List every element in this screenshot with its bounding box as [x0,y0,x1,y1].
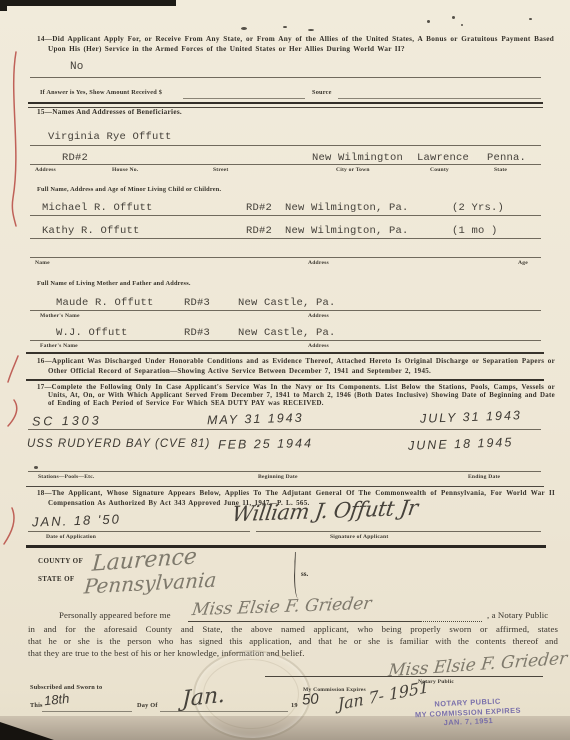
ink-speck [427,20,430,23]
mother-rd: RD#3 [184,297,210,309]
question-15-heading: 15—Names And Addresses of Beneficiaries. [37,108,182,116]
beneficiary-state: Penna. [487,152,526,164]
father-line [30,340,541,341]
day-of-label: Day Of [137,702,158,709]
answer-no: No [70,61,84,73]
children-heading: Full Name, Address and Age of Minor Livi… [37,186,221,193]
applicant-signature: William J. Offutt Jr [230,496,419,527]
child-line [30,238,541,239]
children-label-line [30,257,541,258]
day-handwritten: 18th [43,691,70,709]
amount-line [183,98,305,99]
mother-name-label: Mother's Name [40,313,80,319]
year-prefix: 19 [291,702,298,709]
notary-name-line [188,621,420,622]
mother-address: New Castle, Pa. [238,297,336,309]
scan-edge-top [0,0,176,6]
application-date: JAN. 18 '50 [32,511,121,529]
ink-speck [461,24,463,26]
service-label-line [28,471,541,472]
service-begin-date: FEB 25 1944 [218,436,313,452]
child-name: Michael R. Offutt [42,202,153,214]
beginning-date-label: Beginning Date [258,474,298,480]
father-rd: RD#3 [184,327,210,339]
house-no-label: House No. [112,167,138,173]
a-notary-public-text: , a Notary Public [487,610,548,620]
service-line [28,429,541,430]
month-line [160,711,288,712]
ink-speck [308,29,314,31]
service-end-date: JULY 31 1943 [420,408,522,426]
street-label: Street [213,167,228,173]
ink-speck [452,16,455,19]
section-divider [26,379,544,381]
service-station: USS RUDYERD BAY (CVE 81) [27,438,210,450]
question-16-text: 16—Applicant Was Discharged Under Honora… [37,357,555,376]
notary-name-inline: Miss Elsie F. Grieder [191,594,373,620]
child-age: (1 mo ) [452,225,498,237]
father-address-label: Address [308,343,329,349]
date-line [28,531,250,532]
beneficiary-address-line [30,164,541,165]
scanned-form-page: 14—Did Applicant Apply For, or Receive F… [0,0,570,740]
county-of-label: COUNTY OF [38,557,83,565]
question-17-text: 17—Complete the Following Only In Case A… [37,384,555,409]
parents-heading: Full Name of Living Mother and Father an… [37,280,191,287]
beneficiary-name: Virginia Rye Offutt [48,131,172,143]
month-handwritten: Jan. [182,683,226,713]
mother-address-label: Address [308,313,329,319]
if-yes-label: If Answer is Yes, Show Amount Received $ [40,89,162,96]
ink-speck [241,27,247,30]
beneficiary-name-line [30,145,541,146]
signature-line [256,531,541,532]
service-begin-date: MAY 31 1943 [207,411,304,428]
date-of-application-label: Date of Application [46,534,96,540]
notary-stamp: NOTARY PUBLIC MY COMMISSION EXPIRES JAN.… [401,695,534,730]
section-divider-heavy [26,545,546,548]
question-14-text: 14—Did Applicant Apply For, or Receive F… [37,35,554,54]
appeared-before-text: Personally appeared before me [59,610,171,620]
state-label: State [494,167,507,173]
ss-label: ss. [301,570,308,578]
notary-name-dots [420,621,482,622]
service-end-date: JUNE 18 1945 [408,435,514,453]
signature-of-applicant-label: Signature of Applicant [330,534,388,540]
answer-line [30,77,541,78]
child-name: Kathy R. Offutt [42,225,140,237]
child-age: (2 Yrs.) [452,202,504,214]
name-label: Name [35,260,50,266]
notary-paragraph-line2: in and for the aforesaid County and Stat… [28,624,558,634]
father-address: New Castle, Pa. [238,327,336,339]
address-label: Address [308,260,329,266]
father-name-label: Father's Name [40,343,78,349]
section-divider [26,486,544,487]
ending-date-label: Ending Date [468,474,500,480]
mother-line [30,310,541,311]
year-handwritten: 50 [301,690,319,708]
child-address: RD#2 New Wilmington, Pa. [246,225,409,237]
section-divider [26,352,544,354]
father-name: W.J. Offutt [56,327,128,339]
ink-speck [283,26,287,28]
notary-signature-line [265,676,543,677]
age-label: Age [518,260,528,266]
ink-speck [529,18,532,20]
city-label: City or Town [336,167,370,173]
child-address: RD#2 New Wilmington, Pa. [246,202,409,214]
this-label: This [30,702,43,709]
stations-label: Stations—Pools—Etc. [38,474,94,480]
service-station: SC 1303 [32,413,102,428]
notary-paragraph-line3: that he or she is the person who has sig… [28,636,558,646]
scan-edge-corner [0,0,7,11]
source-label: Source [312,89,332,96]
state-of-label: STATE OF [38,575,75,583]
ink-speck [34,466,38,469]
source-line [338,98,541,99]
day-line [42,711,132,712]
beneficiary-county: Lawrence [417,152,469,164]
child-line [30,215,541,216]
mother-name: Maude R. Offutt [56,297,154,309]
address-label: Address [35,167,56,173]
beneficiary-city: New Wilmington [312,152,403,164]
county-label: County [430,167,449,173]
beneficiary-address: RD#2 [62,152,88,164]
